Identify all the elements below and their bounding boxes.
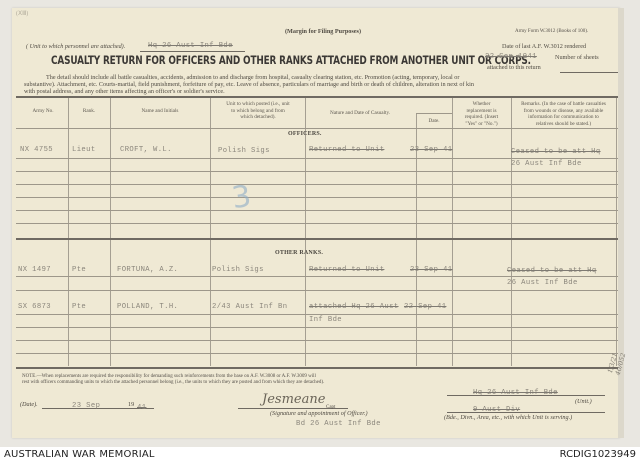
unit-attached-value: Hq 26 Aust Inf Bde bbox=[148, 42, 233, 50]
date-subheader-rule bbox=[416, 113, 452, 114]
unit-attached-label: ( Unit to which personnel are attached). bbox=[26, 43, 125, 50]
col-divider bbox=[210, 98, 211, 366]
row-rule bbox=[16, 210, 618, 211]
header-nature: Nature and Date of Casualty. bbox=[307, 110, 413, 117]
cell-nature-line-2: Inf Bde bbox=[309, 316, 342, 324]
cell-rank: Pte bbox=[72, 303, 86, 311]
header-remarks: Remarks. (In the case of battle casualti… bbox=[512, 101, 615, 127]
cell-remarks-line-2: 26 Aust Inf Bde bbox=[511, 160, 582, 168]
signature-unit: Bd 26 Aust Inf Bde bbox=[296, 420, 381, 428]
header-unit: Unit to which posted (i.e., unit to whic… bbox=[212, 101, 304, 121]
sheets-underline bbox=[560, 72, 618, 73]
last-rendered-label: Date of last A.F. W.3012 rendered bbox=[502, 43, 586, 50]
cell-nature-line-1: attached Hq 26 Aust bbox=[309, 303, 399, 311]
last-rendered-value: 22 Sep 1941 bbox=[485, 53, 537, 61]
header-bottom-rule bbox=[16, 128, 618, 129]
awm-watermark: AUSTRALIAN WAR MEMORIAL bbox=[4, 449, 155, 460]
corner-mark: (ⅩⅢ) bbox=[16, 10, 28, 17]
cell-army-no: SX 6873 bbox=[18, 303, 51, 311]
unit-attached-underline bbox=[140, 51, 245, 52]
row-rule bbox=[16, 340, 618, 341]
sheets-label: Number of sheets bbox=[555, 54, 599, 61]
cell-remarks-line-1: Ceased to be att Hq bbox=[507, 267, 597, 275]
row-rule bbox=[16, 223, 618, 224]
row-rule bbox=[16, 276, 618, 277]
form-title: CASUALTY RETURN FOR OFFICERS AND OTHER R… bbox=[51, 53, 531, 67]
cell-name: CROFT, W.L. bbox=[120, 146, 172, 154]
instructions-line-2: substantive). Attachment, etc. Courts-ma… bbox=[24, 81, 474, 88]
cell-name: FORTUNA, A.Z. bbox=[117, 266, 178, 274]
header-replacement: Whether replacement is required. (Insert… bbox=[453, 101, 510, 127]
cell-date: 23 Sep 41 bbox=[410, 146, 452, 154]
header-name: Name and Initials bbox=[112, 108, 208, 115]
note-line-2: rest with officers commanding units to w… bbox=[22, 380, 324, 385]
cell-army-no: NX 1497 bbox=[18, 266, 51, 274]
row-rule bbox=[16, 171, 618, 172]
instructions-line-1: The detail should include all battle cas… bbox=[46, 74, 459, 81]
header-army-no: Army No. bbox=[20, 108, 66, 115]
note-line-1: NOTE.—When replacements are required the… bbox=[22, 374, 316, 379]
cell-nature: Returned to Unit bbox=[309, 146, 384, 154]
row-rule bbox=[16, 197, 618, 198]
cell-unit: Polish Sigs bbox=[218, 147, 270, 155]
record-id: RCDIG1023949 bbox=[560, 449, 636, 460]
col-divider bbox=[305, 98, 306, 366]
unit-value: Hq 26 Aust Inf Bde bbox=[473, 389, 558, 397]
table-bottom-rule bbox=[16, 367, 618, 369]
cell-army-no: NX 4755 bbox=[20, 146, 53, 154]
cell-rank: Lieut bbox=[72, 146, 96, 154]
header-date: Date. bbox=[417, 118, 451, 125]
cell-date: 22 Sep 41 bbox=[404, 303, 446, 311]
col-divider bbox=[511, 98, 512, 366]
division-value: 9 Aust Div bbox=[473, 406, 520, 414]
cell-rank: Pte bbox=[72, 266, 86, 274]
date-value: 23 Sep bbox=[72, 402, 100, 410]
cell-remarks-line-1: Ceased to be att Hq bbox=[511, 148, 601, 156]
other-ranks-section-label: OTHER RANKS. bbox=[275, 250, 323, 256]
unit-label: (Unit.) bbox=[575, 398, 592, 405]
table-top-rule bbox=[16, 96, 618, 98]
header-rank: Rank. bbox=[70, 108, 108, 115]
cell-nature: Returned to Unit bbox=[309, 266, 384, 274]
year-value: 41 bbox=[137, 404, 146, 412]
signature-label: (Signature and appointment of Officer.) bbox=[270, 410, 368, 417]
row-rule bbox=[16, 158, 618, 159]
division-underline bbox=[447, 412, 605, 413]
col-divider bbox=[452, 98, 453, 366]
officer-signature: Jesmeane bbox=[262, 392, 325, 407]
year-prefix: 19 bbox=[128, 401, 134, 408]
instructions-line-3: with postal address, and any other items… bbox=[24, 88, 225, 95]
division-label: (Bde., Divn., Area, etc., with which Uni… bbox=[444, 414, 572, 421]
form-id: Army Form W.3012 (Books of 100). bbox=[515, 29, 588, 34]
cell-date: 23 Sep 41 bbox=[410, 266, 452, 274]
margin-note: (Margin for Filing Purposes) bbox=[285, 28, 361, 35]
date-label: (Date). bbox=[20, 401, 38, 408]
row-rule bbox=[16, 353, 618, 354]
officers-section-label: OFFICERS. bbox=[288, 131, 322, 137]
sheets-label-2: attached to this return bbox=[487, 64, 541, 71]
cell-unit: 2/43 Aust Inf Bn bbox=[212, 303, 287, 311]
cell-name: POLLAND, T.H. bbox=[117, 303, 178, 311]
col-divider bbox=[68, 98, 69, 366]
col-divider bbox=[616, 98, 617, 366]
row-rule bbox=[16, 327, 618, 328]
row-rule bbox=[16, 290, 618, 291]
signature-rank: Capt bbox=[326, 405, 335, 410]
cell-unit: Polish Sigs bbox=[212, 266, 264, 274]
section-divider-rule bbox=[16, 238, 618, 240]
row-rule bbox=[16, 184, 618, 185]
cell-remarks-line-2: 26 Aust Inf Bde bbox=[507, 279, 578, 287]
row-rule bbox=[16, 314, 618, 315]
col-divider bbox=[110, 98, 111, 366]
